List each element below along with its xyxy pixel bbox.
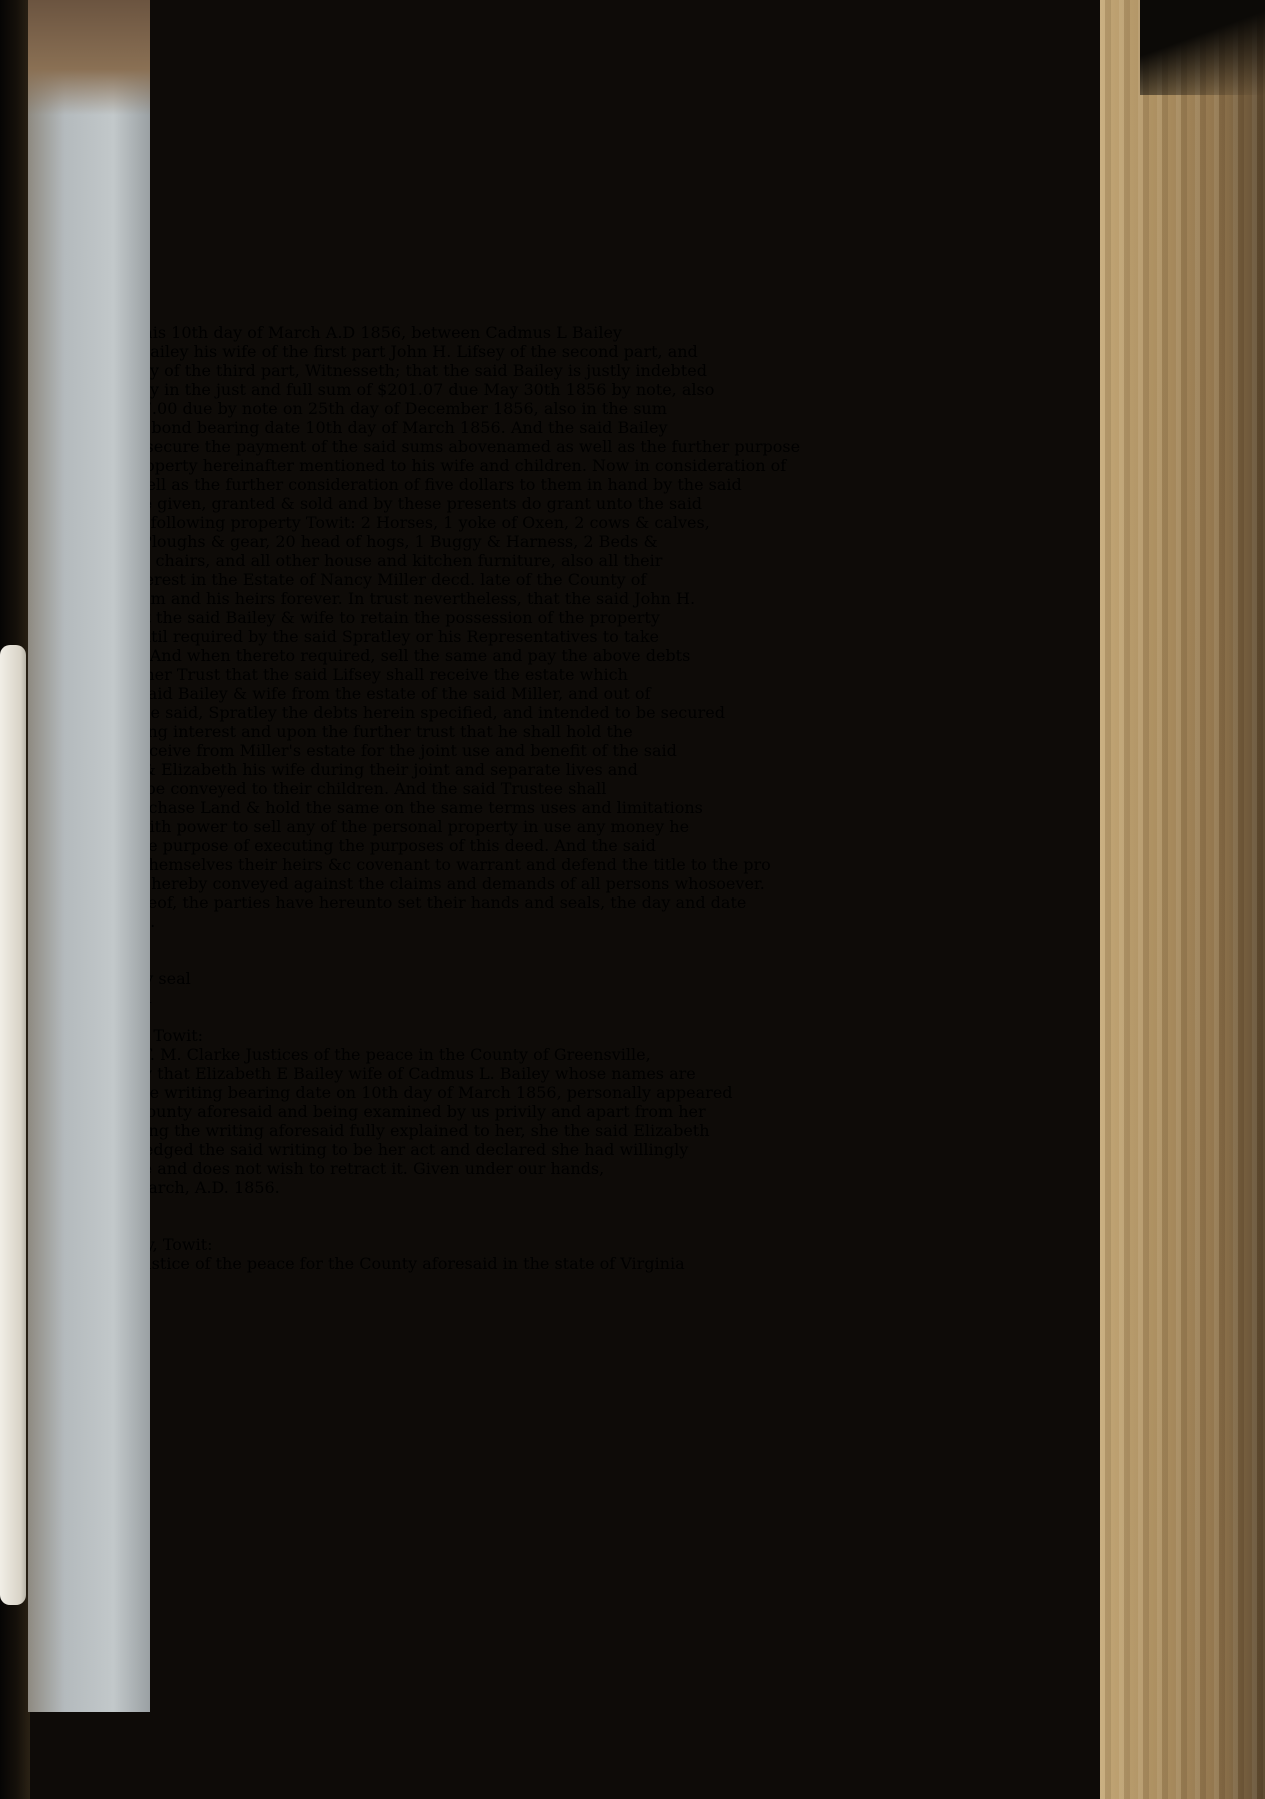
deed-line: may come to the said Bailey & wife from … — [0, 684, 1265, 703]
certification-heading: Greensvill County, Towit: — [0, 1026, 1265, 1045]
margin-note-line: Spratley Apl. — [0, 285, 1265, 304]
deed-book-page-scan: 3 Examined & copysent to Wm. H.Spratley … — [0, 0, 1265, 1799]
deed-line: to the said Spratley in the just and ful… — [0, 380, 1265, 399]
deed-body-text: This Deed made this 10th day of March A.… — [0, 323, 1265, 931]
signature-row: Elizabeth E. Bailey seal — [0, 969, 1265, 988]
seal-label: seal — [158, 969, 190, 988]
certification2-body-text: I, T. M. Clarke a Justice of the peace f… — [0, 1254, 1265, 1273]
deed-line: William H. Spratley of the third part, W… — [0, 361, 1265, 380]
deed-line: above specified: with power to sell any … — [0, 817, 1265, 836]
deed-line: furniture, 6 sitting chairs, and all oth… — [0, 551, 1265, 570]
margin-note-line: 7th 1856 — [0, 304, 1265, 323]
signature-row: John H. Lifsey seal — [0, 988, 1265, 1007]
certification-line: We, J. N. Blunt & T. M. Clarke Justices … — [0, 1045, 1265, 1064]
clerk-margin-note: Examined & copysent to Wm. H.Spratley Ap… — [0, 247, 1265, 323]
deed-line: possession & sell. And when thereto requ… — [0, 646, 1265, 665]
deed-line: Bailey & wife for themselves their heirs… — [0, 855, 1265, 874]
justice-signature: T. M. Clarke, J.P. — [0, 1197, 1265, 1216]
signature-row: seal — [0, 1007, 1265, 1026]
certification-line: executed the same and does not wish to r… — [0, 1159, 1265, 1178]
deed-line: the same pay to the said, Spratley the d… — [0, 703, 1265, 722]
deed-line: In testimony whereof, the parties have h… — [0, 893, 1265, 912]
certification-line: E. Bailey acknowledged the said writing … — [0, 1140, 1265, 1159]
signature-block: C L. Bailey seal Elizabeth E. Bailey sea… — [0, 950, 1265, 1026]
certification-line: before us in our County aforesaid and be… — [0, 1102, 1265, 1121]
page-number: 3 — [0, 228, 1265, 247]
deed-line: Cadmus L Bailey & Elizabeth his wife dur… — [0, 760, 1265, 779]
deed-line: Lifsey shall permit the said Bailey & wi… — [0, 608, 1265, 627]
certification-line: husband, and having the writing aforesai… — [0, 1121, 1265, 1140]
justice-signatures: T. M. Clarke, J.P.J. N. Blunt, J.P. — [0, 1197, 1265, 1235]
certification-line: this 15th day of March, A.D. 1856. — [0, 1178, 1265, 1197]
certification2-heading: Greensville County, Towit: — [0, 1235, 1265, 1254]
certification2-line: I, T. M. Clarke a Justice of the peace f… — [0, 1254, 1265, 1273]
page-block-edge-striations — [1100, 0, 1265, 1799]
deed-line: the premises as well as the further cons… — [0, 475, 1265, 494]
deed-line: Bailey & wife have given, granted & sold… — [0, 494, 1265, 513]
deed-line: above specified until required by the sa… — [0, 627, 1265, 646]
deed-line: perty and interest hereby conveyed again… — [0, 874, 1265, 893]
deed-line: right, title and interest in the Estate … — [0, 570, 1265, 589]
deed-line: at their deaths to be conveyed to their … — [0, 779, 1265, 798]
adjacent-page-edge — [28, 0, 150, 1712]
deed-line: of securing the property hereinafter men… — [0, 456, 1265, 475]
certification-body-text: We, J. N. Blunt & T. M. Clarke Justices … — [0, 1045, 1265, 1197]
signature-row: C L. Bailey seal — [0, 950, 1265, 969]
deed-line: have power to purchase Land & hold the s… — [0, 798, 1265, 817]
deed-line: balance he may receive from Miller's est… — [0, 741, 1265, 760]
deed-line: being desirous to secure the payment of … — [0, 437, 1265, 456]
deed-line: and Elizabeth E. Bailey his wife of the … — [0, 342, 1265, 361]
justice-signature: J. N. Blunt, J.P. — [0, 1216, 1265, 1235]
margin-note-line: sent to Wm. H. — [0, 266, 1265, 285]
adjacent-page-edge-top — [28, 0, 150, 115]
page-edge-sliver — [0, 645, 26, 1605]
deed-line: John H. Lifsey the following property To… — [0, 513, 1265, 532]
margin-note-line: Examined & copy — [0, 247, 1265, 266]
deed-line: This Deed made this 10th day of March A.… — [0, 323, 1265, 342]
deed-line: in the sum of $197.00 due by note on 25t… — [0, 399, 1265, 418]
deed-line: And upon the further Trust that the said… — [0, 665, 1265, 684]
deed-line: 2 carts & gear, 3 Ploughs & gear, 20 hea… — [0, 532, 1265, 551]
deed-line: first above written. — [0, 912, 1265, 931]
certification-line: signed to the above writing bearing date… — [0, 1083, 1265, 1102]
dark-corner-top-right — [1140, 0, 1265, 95]
catchword: do — [0, 1273, 1265, 1292]
deed-line: Southampton to him and his heirs forever… — [0, 589, 1265, 608]
deed-line: of $723.27 due by bond bearing date 10th… — [0, 418, 1265, 437]
certification-line: Virginia, do certify that Elizabeth E Ba… — [0, 1064, 1265, 1083]
interlineation-insert: Wm H. — [0, 931, 1265, 950]
deed-line: with all the accruing interest and upon … — [0, 722, 1265, 741]
deed-line: may receive for the purpose of executing… — [0, 836, 1265, 855]
binding-clip — [1072, 0, 1150, 64]
